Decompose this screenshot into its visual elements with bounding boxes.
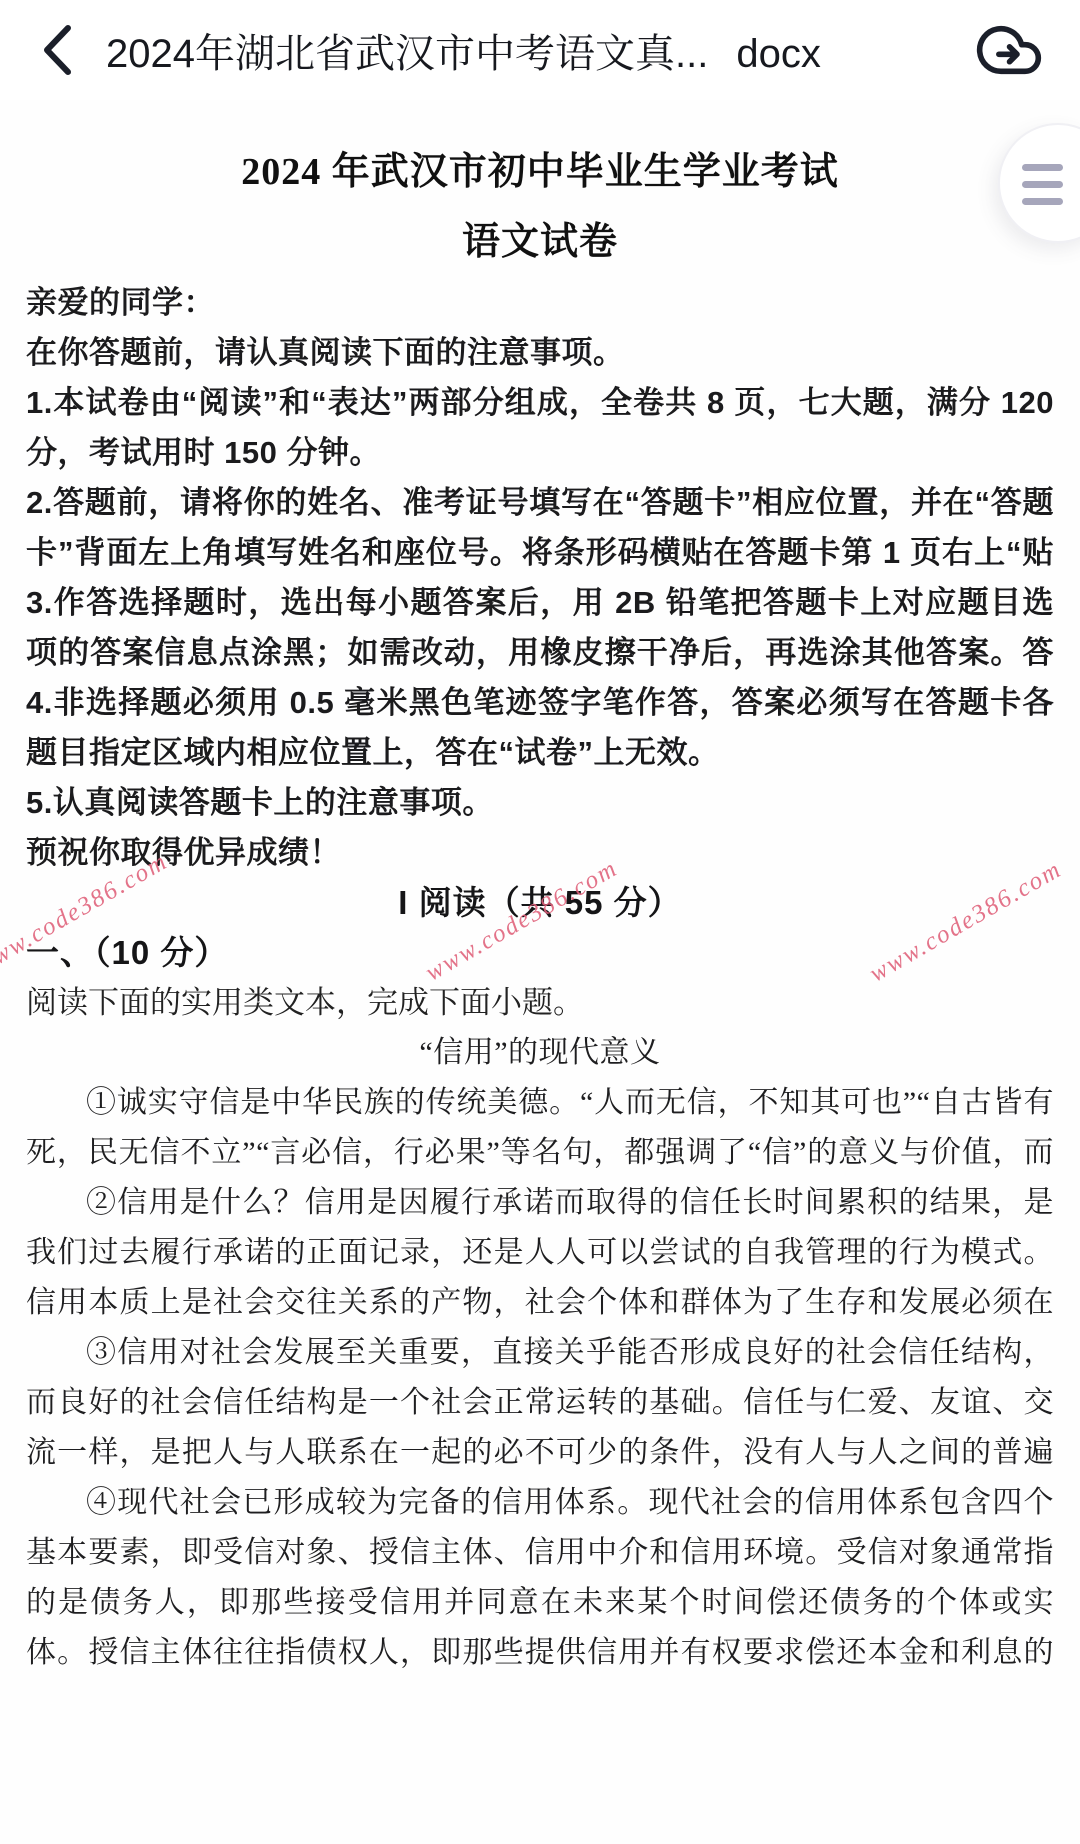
file-name-text: 2024年湖北省武汉市中考语文真... <box>106 22 708 79</box>
notice-item-1: 1.本试卷由“阅读”和“表达”两部分组成，全卷共 8 页，七大题，满分 120 … <box>26 378 1054 478</box>
section-heading: I 阅读（共 55 分） <box>26 878 1054 928</box>
task-intro-line: 阅读下面的实用类文本，完成下面小题。 <box>26 978 1054 1028</box>
notice-item-3: 3.作答选择题时，选出每小题答案后，用 2B 铅笔把答题卡上对应题目选项的答案信… <box>26 578 1054 678</box>
passage-paragraph-4: ④现代社会已形成较为完备的信用体系。现代社会的信用体系包含四个基本要素，即受信对… <box>26 1478 1054 1678</box>
notice-item-4: 4.非选择题必须用 0.5 毫米黑色笔迹签字笔作答，答案必须写在答题卡各题目指定… <box>26 678 1054 778</box>
file-extension-text: docx <box>736 32 821 77</box>
document-viewer-screen: 2024年湖北省武汉市中考语文真... docx 2024 年武汉市初中毕业生学… <box>0 0 1080 1844</box>
cloud-share-icon <box>974 18 1044 82</box>
part-heading: 一、（10 分） <box>26 928 1054 978</box>
notice-item-5: 5.认真阅读答题卡上的注意事项。 <box>26 778 1054 828</box>
intro-line: 在你答题前，请认真阅读下面的注意事项。 <box>26 328 1054 378</box>
greeting-line: 亲爱的同学： <box>26 278 1054 328</box>
passage-title: “信用”的现代意义 <box>26 1028 1054 1078</box>
exam-subtitle: 语文试卷 <box>26 220 1054 264</box>
back-button[interactable] <box>40 22 84 78</box>
navbar: 2024年湖北省武汉市中考语文真... docx <box>0 0 1080 100</box>
chevron-left-icon <box>40 23 74 77</box>
document-page[interactable]: 2024 年武汉市初中毕业生学业考试 语文试卷 亲爱的同学： 在你答题前，请认真… <box>26 150 1054 1678</box>
file-title: 2024年湖北省武汉市中考语文真... docx <box>106 22 956 79</box>
passage-paragraph-2: ②信用是什么？信用是因履行承诺而取得的信任长时间累积的结果，是我们过去履行承诺的… <box>26 1178 1054 1328</box>
share-button[interactable] <box>974 18 1044 82</box>
notice-item-2: 2.答题前，请将你的姓名、准考证号填写在“答题卡”相应位置，并在“答题卡”背面左… <box>26 478 1054 578</box>
document-body: 亲爱的同学： 在你答题前，请认真阅读下面的注意事项。 1.本试卷由“阅读”和“表… <box>26 278 1054 1678</box>
wish-line: 预祝你取得优异成绩！ <box>26 828 1054 878</box>
passage-paragraph-1: ①诚实守信是中华民族的传统美德。“人而无信，不知其可也”“自古皆有死，民无信不立… <box>26 1078 1054 1178</box>
exam-title: 2024 年武汉市初中毕业生学业考试 <box>26 150 1054 194</box>
passage-paragraph-3: ③信用对社会发展至关重要，直接关乎能否形成良好的社会信任结构，而良好的社会信任结… <box>26 1328 1054 1478</box>
